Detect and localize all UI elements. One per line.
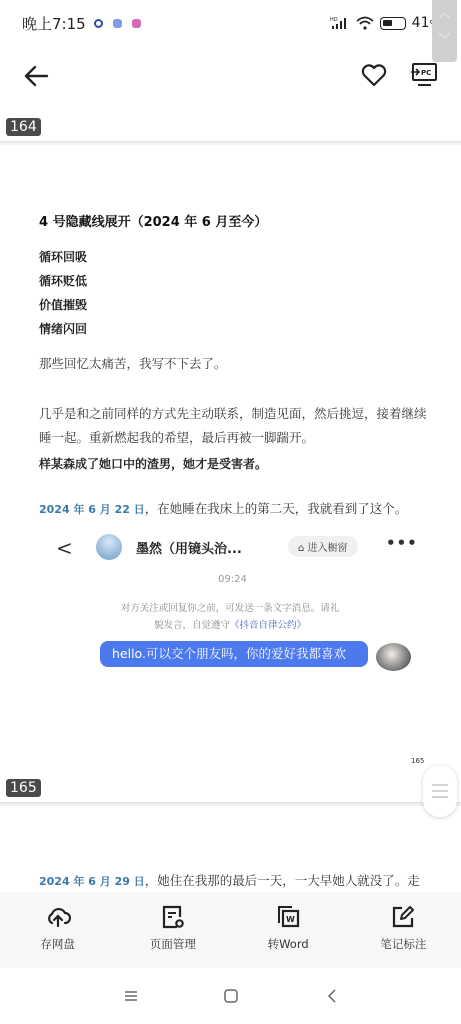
cloud-upload-icon [45,904,71,930]
edit-note-icon [390,904,416,930]
page-footer-number: 165 [411,757,424,765]
app-header: PC [0,52,461,98]
page-number-badge: 164 [6,118,41,136]
back-arrow-icon[interactable] [22,62,50,90]
message-bubble: hello.可以交个朋友吗，你的爱好我都喜欢 [100,641,368,667]
chat-time: 09:24 [40,574,425,585]
menu-icon[interactable] [121,986,141,1006]
favorite-heart-icon[interactable] [360,61,388,89]
section-title: 4 号隐藏线展开（2024 年 6 月至今） [39,211,429,230]
bold-item: 循环贬低 [39,272,429,289]
bottom-toolbar: 存网盘 页面管理 W 转Word 笔记标注 [0,892,461,968]
svg-text:PC: PC [421,69,431,77]
page-management-button[interactable]: 页面管理 [115,892,230,968]
system-navbar [0,968,461,1024]
note-annotation-button[interactable]: 笔记标注 [346,892,461,968]
home-icon[interactable] [221,986,241,1006]
bold-item: 价值摧毁 [39,296,429,313]
more-icon: ••• [386,534,418,552]
page-number-badge: 165 [6,779,41,797]
paragraph: 睡一起。重新燃起我的希望，最后再被一脚踹开。 [39,424,429,451]
shop-button: ⌂ 进入橱窗 [288,536,358,557]
bold-statement: 样某森成了她口中的渣男，她才是受害者。 [39,455,429,472]
contact-name: 墨然（用镜头治... [136,538,242,557]
status-time: 晚上7:15 [22,13,86,34]
battery-icon [380,17,406,30]
back-icon[interactable] [322,986,342,1006]
page-divider [0,802,461,806]
chat-notice: 对方关注或回复你之前，可发送一条文字消息。请礼 貌发言，自觉遵守《抖音自律公约》 [80,600,380,634]
chat-back-icon: < [56,536,73,560]
notification-app-icon [132,19,141,28]
status-right: HD 41% [330,15,439,31]
paragraph: 几乎是和之前同样的方式先主动联系，制造见面，然后挑逗，接着继续 [39,400,429,427]
notification-app-icon [113,19,122,28]
save-to-cloud-button[interactable]: 存网盘 [0,892,115,968]
floating-menu-button[interactable] [423,765,457,817]
svg-text:HD: HD [330,17,338,23]
notification-icons [94,19,141,28]
chat-screenshot: < 墨然（用镜头治... ⌂ 进入橱窗 ••• 09:24 对方关注或回复你之前… [40,528,425,688]
bold-item: 循环回吸 [39,248,429,265]
entry-date: 2024 年 6 月 29 日 [39,875,145,888]
page-divider [0,141,461,145]
svg-text:W: W [286,915,295,924]
dated-entry: 2024 年 6 月 22 日，在她睡在我床上的第二天，我就看到了这个。 [39,495,429,523]
page-settings-icon [160,904,186,930]
self-avatar [376,643,411,671]
contact-avatar [96,534,122,560]
scroll-down-icon[interactable]: ﹀ [432,26,457,52]
wifi-icon [356,16,374,30]
notification-ring-icon [94,19,103,28]
scroll-up-icon[interactable]: ︿ [432,0,457,26]
bold-item: 情绪闪回 [39,320,429,337]
paragraph: 那些回忆太痛苦，我写不下去了。 [39,350,429,377]
status-bar: 晚上7:15 HD 41% [0,0,461,46]
signal-icon: HD [330,16,350,30]
entry-date: 2024 年 6 月 22 日 [39,503,145,516]
word-convert-icon: W [275,904,301,930]
send-to-pc-icon[interactable]: PC [410,60,438,90]
convert-word-button[interactable]: W 转Word [231,892,346,968]
